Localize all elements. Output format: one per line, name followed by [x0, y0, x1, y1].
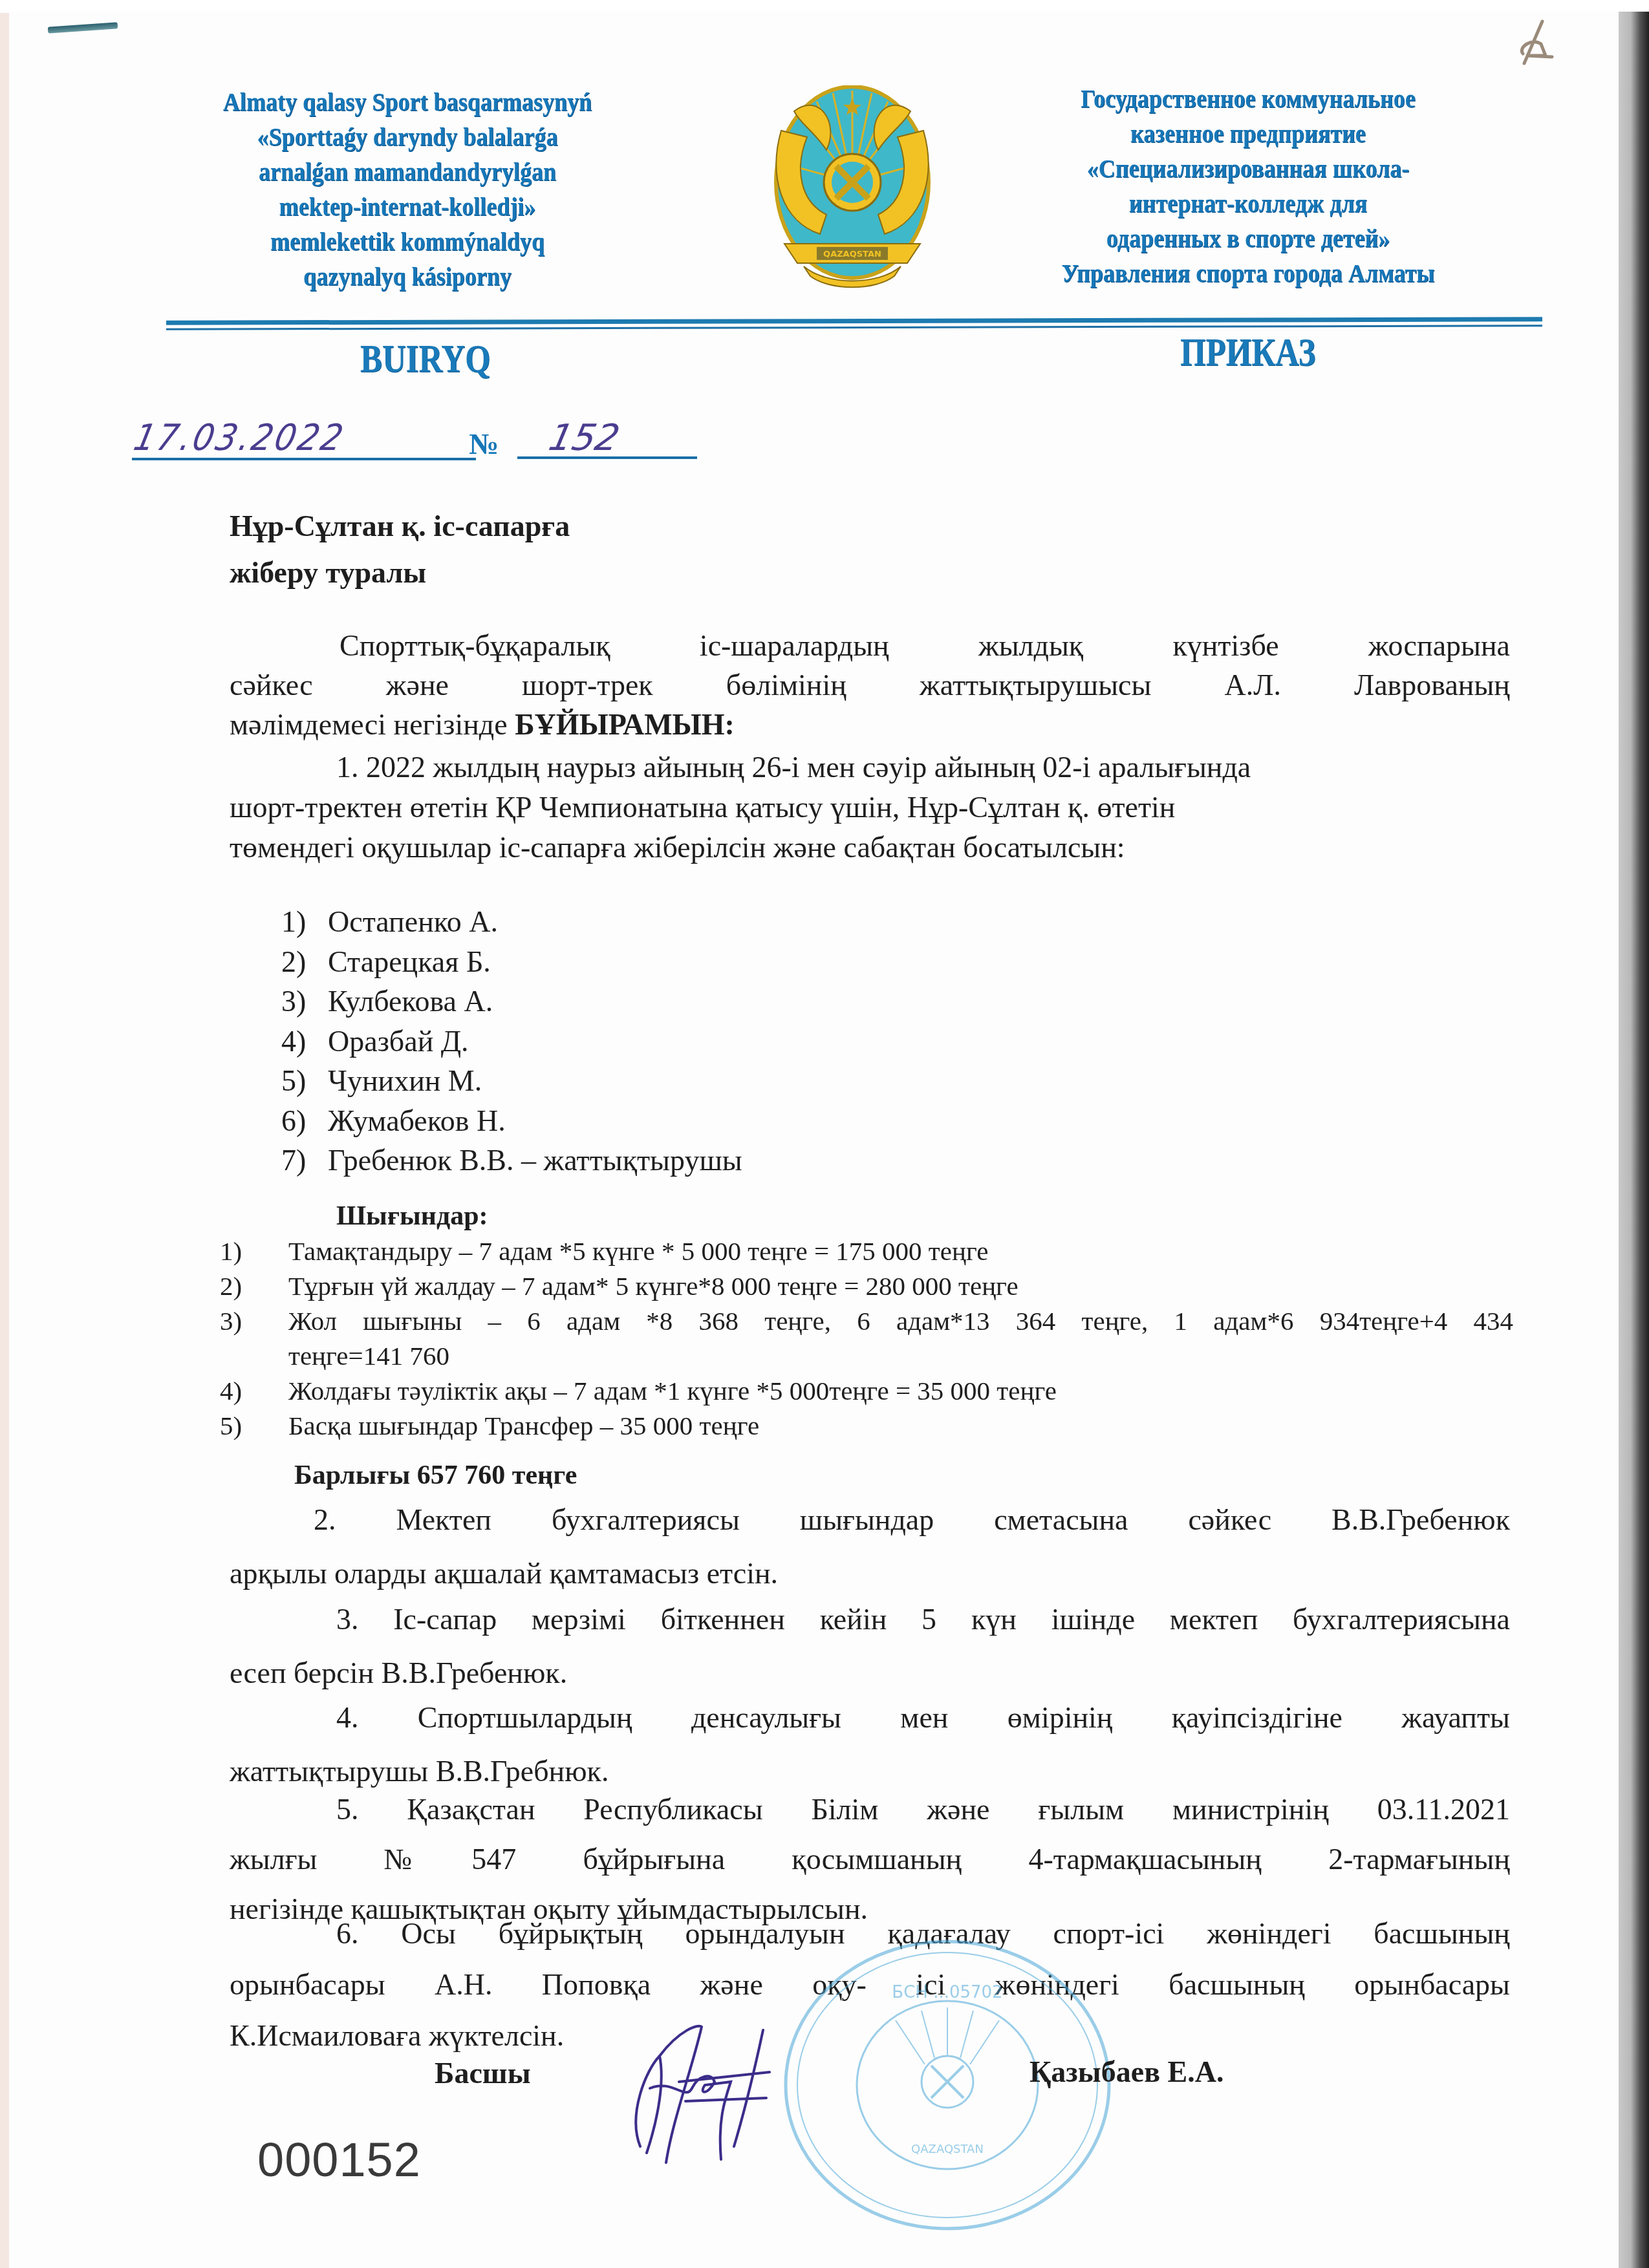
item-number: 7): [281, 1140, 328, 1181]
participant-name: Старецкая Б.: [328, 942, 491, 982]
point-line: 4. Спортшылардың денсаулығы мен өмірінің…: [230, 1698, 1510, 1737]
intro-line: Спорттық-бұқаралық іс-шаралардың жылдық …: [230, 626, 1510, 665]
expense-item: 1)Тамақтандыру – 7 адам *5 күнге * 5 000…: [220, 1234, 1513, 1268]
item-number: 2): [220, 1268, 288, 1303]
expense-item-continuation: теңге=141 760: [220, 1338, 1513, 1373]
header-right-line: «Специализированная школа-: [986, 151, 1510, 186]
point1-line: 1. 2022 жылдың наурыз айының 26-і мен сә…: [336, 750, 1251, 784]
expense-text: Басқа шығындар Трансфер – 35 000 теңге: [288, 1408, 1513, 1443]
point2-paragraph: 2. Мектеп бухгалтериясы шығындар сметасы…: [230, 1500, 1510, 1593]
expense-item: 4)Жолдағы тәуліктік ақы – 7 адам *1 күнг…: [220, 1373, 1513, 1408]
participant-name: Жумабеков Н.: [328, 1101, 506, 1141]
expenses-list: 1)Тамақтандыру – 7 адам *5 күнге * 5 000…: [220, 1234, 1513, 1443]
header-left-line: Almaty qalasy Sport basqarmasynyń: [163, 84, 652, 119]
header-left-kazakh: Almaty qalasy Sport basqarmasynyń «Sport…: [163, 84, 652, 294]
point1-line: төмендегі оқушылар іс-сапарға жіберілсін…: [230, 830, 1125, 864]
kazakhstan-emblem-icon: QAZAQSTAN: [755, 85, 949, 292]
expense-text: Жолдағы тәуліктік ақы – 7 адам *1 күнге …: [288, 1373, 1513, 1408]
header-left-line: memlekettik kommýnaldyq: [163, 224, 652, 259]
item-number: 4): [281, 1022, 328, 1062]
expense-item: 2)Тұрғын үй жалдау – 7 адам* 5 күнге*8 0…: [220, 1268, 1513, 1303]
pencil-mark: [48, 22, 118, 34]
participant-item: 2)Старецкая Б.: [281, 942, 742, 982]
scan-border-left: [0, 13, 9, 2268]
point-line: 5. Қазақстан Республикасы Білім және ғыл…: [230, 1790, 1510, 1829]
point-line: 3. Іс-сапар мерзімі біткеннен кейін 5 кү…: [230, 1599, 1510, 1639]
point3-paragraph: 3. Іс-сапар мерзімі біткеннен кейін 5 кү…: [230, 1599, 1510, 1693]
scan-border-top: [0, 0, 1649, 12]
point5-paragraph: 5. Қазақстан Республикасы Білім және ғыл…: [230, 1790, 1510, 1929]
item-number: 4): [220, 1373, 288, 1408]
document-serial-number: 000152: [257, 2132, 421, 2187]
header-left-line: «Sporttaǵy daryndy balalarǵa: [163, 119, 652, 154]
participant-name: Оразбай Д.: [328, 1022, 469, 1062]
participant-name: Остапенко А.: [328, 902, 498, 942]
scan-border-right: [1619, 12, 1649, 2268]
item-number: 5): [281, 1061, 328, 1101]
expense-text: Тұрғын үй жалдау – 7 адам* 5 күнге*8 000…: [288, 1268, 1513, 1303]
header-left-line: mektep-internat-kolledji»: [163, 189, 652, 224]
intro-line: сәйкес және шорт-трек бөлімінің жаттықты…: [230, 665, 1510, 705]
point-line: жылғы №547 бұйрығына қосымшаның 4-тармақ…: [230, 1839, 1510, 1879]
stamp-text: БСН ...05702: [892, 1983, 1002, 2002]
order-subject: Нұр-Сұлтан қ. іс-сапарға жіберу туралы: [230, 503, 570, 596]
number-sign: №: [469, 427, 499, 461]
participant-name: Гребенюк В.В. – жаттықтырушы: [328, 1140, 742, 1181]
document-title-russian: ПРИКАЗ: [1180, 330, 1315, 376]
expense-text: теңге=141 760: [288, 1338, 1513, 1373]
participant-name: Кулбекова А.: [328, 981, 493, 1022]
item-number: 6): [281, 1101, 328, 1141]
header-right-line: интернат-колледж для: [986, 186, 1510, 220]
number-underline: [517, 456, 697, 459]
order-keyword: БҰЙЫРАМЫН:: [515, 708, 735, 741]
subject-line: Нұр-Сұлтан қ. іс-сапарға: [230, 503, 570, 550]
header-divider-thick: [166, 317, 1542, 325]
page-number-pencil-icon: [1516, 18, 1555, 67]
stamp-emblem-label: QAZAQSTAN: [911, 2143, 984, 2156]
header-right-line: казенное предприятие: [986, 116, 1510, 151]
item-number: 3): [220, 1303, 288, 1338]
participant-item: 7)Гребенюк В.В. – жаттықтырушы: [281, 1140, 742, 1181]
participant-item: 6)Жумабеков Н.: [281, 1101, 742, 1141]
order-number: 152: [545, 417, 623, 459]
participant-name: Чунихин М.: [328, 1061, 482, 1101]
expenses-total: Барлығы 657 760 теңге: [294, 1460, 577, 1491]
header-right-line: Управления спорта города Алматы: [986, 255, 1510, 290]
expense-text: Жол шығыны – 6 адам *8 368 теңге, 6 адам…: [288, 1303, 1513, 1338]
item-number: 2): [281, 942, 328, 982]
header-right-line: одаренных в спорте детей»: [986, 220, 1510, 255]
signatory-title: Басшы: [435, 2056, 531, 2090]
point4-paragraph: 4. Спортшылардың денсаулығы мен өмірінің…: [230, 1698, 1510, 1791]
participant-item: 3)Кулбекова А.: [281, 981, 742, 1022]
item-number: 5): [220, 1408, 288, 1443]
intro-paragraph: Спорттық-бұқаралық іс-шаралардың жылдық …: [230, 626, 1510, 744]
item-number: 1): [281, 902, 328, 942]
handwritten-signature-icon: [601, 2017, 815, 2166]
participants-list: 1)Остапенко А. 2)Старецкая Б. 3)Кулбеков…: [281, 902, 742, 1181]
intro-text: мәлімдемесі негізінде: [230, 708, 515, 741]
signatory-name: Қазыбаев Е.А.: [1029, 2055, 1223, 2089]
header-left-line: qazynalyq kásiporny: [163, 259, 652, 294]
participant-item: 1)Остапенко А.: [281, 902, 742, 942]
order-date: 17.03.2022: [130, 417, 349, 459]
header-right-russian: Государственное коммунальное казенное пр…: [986, 81, 1510, 290]
point-line: жаттықтырушы В.В.Гребнюк.: [230, 1751, 1510, 1791]
point-line: есеп берсін В.В.Гребенюк.: [230, 1653, 1510, 1693]
expense-text: Тамақтандыру – 7 адам *5 күнге * 5 000 т…: [288, 1234, 1513, 1268]
document-title-kazakh: BUIRYQ: [360, 336, 491, 382]
participant-item: 5)Чунихин М.: [281, 1061, 742, 1101]
item-number: 3): [281, 981, 328, 1022]
expenses-title: Шығындар:: [336, 1201, 488, 1232]
header-divider-thin: [166, 325, 1542, 330]
point-line: 2. Мектеп бухгалтериясы шығындар сметасы…: [230, 1500, 1510, 1539]
participant-item: 4)Оразбай Д.: [281, 1022, 742, 1062]
item-number: 1): [220, 1234, 288, 1268]
point1-line: шорт-тректен өтетін ҚР Чемпионатына қаты…: [230, 790, 1175, 824]
date-underline: [132, 458, 476, 460]
subject-line: жіберу туралы: [230, 550, 570, 596]
header-left-line: arnalǵan mamandandyrylǵan: [163, 154, 652, 189]
expense-item: 5)Басқа шығындар Трансфер – 35 000 теңге: [220, 1408, 1513, 1443]
header-right-line: Государственное коммунальное: [986, 81, 1510, 116]
point-line: арқылы оларды ақшалай қамтамасыз етсін.: [230, 1554, 1510, 1593]
emblem-label: QAZAQSTAN: [823, 250, 881, 259]
expense-item: 3)Жол шығыны – 6 адам *8 368 теңге, 6 ад…: [220, 1303, 1513, 1338]
intro-line: мәлімдемесі негізінде БҰЙЫРАМЫН:: [230, 705, 1510, 744]
